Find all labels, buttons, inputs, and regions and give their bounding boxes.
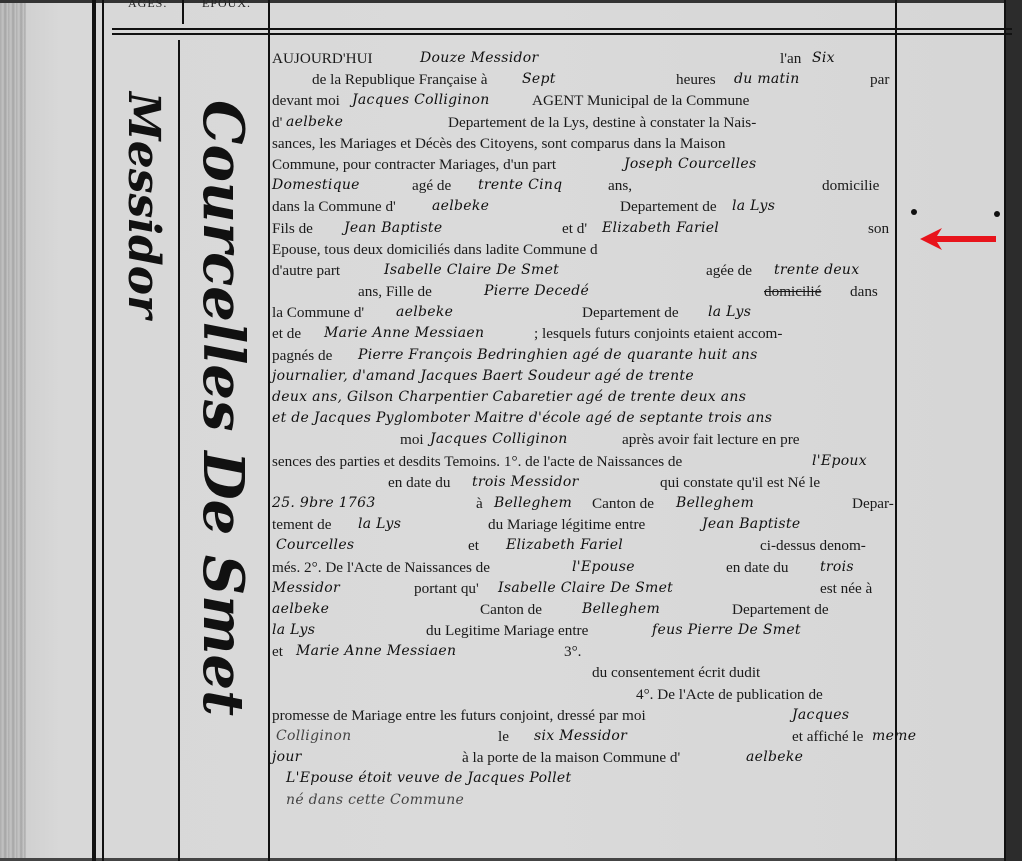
handwritten-entry: Isabelle Claire De Smet bbox=[384, 260, 559, 281]
printed-text: est née à bbox=[820, 578, 872, 599]
printed-text: en date du bbox=[726, 557, 788, 578]
printed-text: més. 2°. De l'Acte de Naissances de bbox=[272, 557, 490, 578]
text-line: la Commune d'aelbekeDepartement dela Lys bbox=[272, 302, 896, 323]
printed-text: Canton de bbox=[592, 493, 654, 514]
printed-text: dans bbox=[850, 281, 878, 302]
text-line: Messidorportant qu'Isabelle Claire De Sm… bbox=[272, 578, 896, 599]
handwritten-entry: aelbeke bbox=[396, 302, 453, 323]
margin-rule-outer bbox=[92, 0, 96, 861]
handwritten-entry: Jean Baptiste bbox=[702, 514, 800, 535]
printed-text: ans, bbox=[608, 175, 632, 196]
text-line: més. 2°. De l'Acte de Naissances del'Epo… bbox=[272, 557, 896, 578]
printed-text: Departement de bbox=[620, 196, 717, 217]
handwritten-entry: aelbeke bbox=[286, 112, 343, 133]
text-line: CourcellesetElizabeth Farielci-dessus de… bbox=[272, 535, 896, 556]
text-line: AUJOURD'HUIDouze Messidorl'anSix bbox=[272, 48, 896, 69]
scan-edge-right bbox=[1006, 0, 1022, 861]
handwritten-entry: Sept bbox=[522, 69, 556, 90]
printed-text: Fils de bbox=[272, 218, 313, 239]
handwritten-entry: Marie Anne Messiaen bbox=[296, 641, 456, 662]
handwritten-entry: du matin bbox=[734, 69, 800, 90]
printed-text: et bbox=[272, 641, 283, 662]
text-line: Fils deJean Baptisteet d'Elizabeth Farie… bbox=[272, 218, 896, 239]
handwritten-entry: trois bbox=[820, 557, 854, 578]
text-line: deux ans, Gilson Charpentier Cabaretier … bbox=[272, 387, 896, 408]
printed-text: après avoir fait lecture en pre bbox=[622, 429, 800, 450]
text-line: né dans cette Commune bbox=[272, 790, 896, 811]
printed-text: 4°. De l'Acte de publication de bbox=[636, 684, 823, 705]
text-line: d'aelbekeDepartement de la Lys, destine … bbox=[272, 112, 896, 133]
text-line: tement dela Lysdu Mariage légitime entre… bbox=[272, 514, 896, 535]
printed-text: le bbox=[498, 726, 509, 747]
handwritten-entry: Courcelles bbox=[276, 535, 354, 556]
header-rule-top bbox=[112, 28, 1012, 30]
text-line: dans la Commune d'aelbekeDepartement del… bbox=[272, 196, 896, 217]
handwritten-entry: Marie Anne Messiaen bbox=[324, 323, 484, 344]
printed-text: 3°. bbox=[564, 641, 581, 662]
text-line: promesse de Mariage entre les futurs con… bbox=[272, 705, 896, 726]
handwritten-entry: la Lys bbox=[708, 302, 751, 323]
handwritten-entry: feus Pierre De Smet bbox=[652, 620, 801, 641]
handwritten-entry: Joseph Courcelles bbox=[624, 154, 756, 175]
handwritten-entry: la Lys bbox=[732, 196, 775, 217]
handwritten-entry: deux ans, Gilson Charpentier Cabaretier … bbox=[272, 387, 746, 408]
printed-text: domicilié bbox=[764, 281, 821, 302]
text-line: 4°. De l'Acte de publication de bbox=[272, 684, 896, 705]
handwritten-entry: Jacques Colliginon bbox=[352, 90, 490, 111]
text-line: en date dutrois Messidorqui constate qu'… bbox=[272, 472, 896, 493]
text-line: du consentement écrit dudit bbox=[272, 662, 896, 683]
text-line: la Lysdu Legitime Mariage entrefeus Pier… bbox=[272, 620, 896, 641]
printed-text: en date du bbox=[388, 472, 450, 493]
printed-text: Epouse, tous deux domiciliés dans ladite… bbox=[272, 239, 598, 260]
handwritten-entry: Douze Messidor bbox=[420, 48, 539, 69]
printed-text: du consentement écrit dudit bbox=[592, 662, 760, 683]
text-line: etMarie Anne Messiaen3°. bbox=[272, 641, 896, 662]
text-line: ans, Fille dePierre Decedédomiciliédans bbox=[272, 281, 896, 302]
printed-text: pagnés de bbox=[272, 345, 332, 366]
printed-text: Depar- bbox=[852, 493, 894, 514]
printed-text: heures bbox=[676, 69, 716, 90]
handwritten-entry: Jacques bbox=[792, 705, 849, 726]
printed-text: Departement de la Lys, destine à constat… bbox=[448, 112, 756, 133]
red-arrow-icon bbox=[920, 228, 996, 250]
marriage-act-text: AUJOURD'HUIDouze Messidorl'anSixde la Re… bbox=[272, 48, 896, 811]
handwritten-entry: Messidor bbox=[272, 578, 340, 599]
printed-text: d' bbox=[272, 112, 282, 133]
text-line: Colliginonlesix Messidoret affiché lemem… bbox=[272, 726, 896, 747]
printed-text: à la porte de la maison Commune d' bbox=[462, 747, 680, 768]
printed-text: qui constate qu'il est Né le bbox=[660, 472, 820, 493]
margin-rule-inner bbox=[102, 0, 104, 861]
handwritten-entry: né dans cette Commune bbox=[286, 790, 464, 811]
handwritten-entry: Elizabeth Fariel bbox=[602, 218, 719, 239]
printed-text: tement de bbox=[272, 514, 331, 535]
printed-text: par bbox=[870, 69, 889, 90]
handwritten-entry: et de Jacques Pyglomboter Maitre d'école… bbox=[272, 408, 772, 429]
page-edge-rule bbox=[1004, 0, 1006, 861]
text-line: de la Republique Française àSeptheuresdu… bbox=[272, 69, 896, 90]
printed-text: moi bbox=[400, 429, 424, 450]
text-line: 25. 9bre 1763àBelleghemCanton deBelleghe… bbox=[272, 493, 896, 514]
handwritten-entry: journalier, d'amand Jacques Baert Soudeu… bbox=[272, 366, 694, 387]
margin-spouse-names: Courcelles De Smet bbox=[190, 100, 256, 716]
printed-text: son bbox=[868, 218, 889, 239]
text-line: pagnés dePierre François Bedringhien agé… bbox=[272, 345, 896, 366]
handwritten-entry: Pierre Decedé bbox=[484, 281, 589, 302]
printed-text: agé de bbox=[412, 175, 451, 196]
handwritten-entry: aelbeke bbox=[746, 747, 803, 768]
binder-hole bbox=[911, 209, 917, 215]
header-epoux: EPOUX. bbox=[202, 0, 251, 11]
header-rule-bottom bbox=[112, 33, 1012, 35]
handwritten-entry: aelbeke bbox=[272, 599, 329, 620]
printed-text: ci-dessus denom- bbox=[760, 535, 866, 556]
printed-text: Commune, pour contracter Mariages, d'un … bbox=[272, 154, 556, 175]
text-line: Commune, pour contracter Mariages, d'un … bbox=[272, 154, 896, 175]
epoux-column-rule bbox=[268, 0, 270, 861]
text-line: sances, les Mariages et Décès des Citoye… bbox=[272, 133, 896, 154]
printed-text: agée de bbox=[706, 260, 752, 281]
printed-text: Departement de bbox=[732, 599, 829, 620]
printed-text: et d' bbox=[562, 218, 587, 239]
text-line: devant moiJacques ColliginonAGENT Munici… bbox=[272, 90, 896, 111]
handwritten-entry: meme bbox=[872, 726, 916, 747]
handwritten-entry: l'Epoux bbox=[812, 451, 867, 472]
printed-text: Canton de bbox=[480, 599, 542, 620]
printed-text: promesse de Mariage entre les futurs con… bbox=[272, 705, 646, 726]
printed-text: AUJOURD'HUI bbox=[272, 48, 373, 69]
handwritten-entry: Elizabeth Fariel bbox=[506, 535, 623, 556]
text-line: Epouse, tous deux domiciliés dans ladite… bbox=[272, 239, 896, 260]
handwritten-entry: aelbeke bbox=[432, 196, 489, 217]
text-line: jourà la porte de la maison Commune d'ae… bbox=[272, 747, 896, 768]
printed-text: du Mariage légitime entre bbox=[488, 514, 645, 535]
printed-text: de la Republique Française à bbox=[312, 69, 487, 90]
text-line: et deMarie Anne Messiaen; lesquels futur… bbox=[272, 323, 896, 344]
printed-text: et bbox=[468, 535, 479, 556]
book-binding bbox=[0, 0, 26, 861]
text-line: journalier, d'amand Jacques Baert Soudeu… bbox=[272, 366, 896, 387]
ages-column-rule bbox=[178, 40, 180, 861]
printed-text: ; lesquels futurs conjoints etaient acco… bbox=[534, 323, 782, 344]
text-line: moiJacques Colliginonaprès avoir fait le… bbox=[272, 429, 896, 450]
text-line: L'Epouse étoit veuve de Jacques Pollet bbox=[272, 768, 896, 789]
printed-text: sances, les Mariages et Décès des Citoye… bbox=[272, 133, 725, 154]
printed-text: et de bbox=[272, 323, 301, 344]
printed-text: domicilie bbox=[822, 175, 879, 196]
text-line: Domestiqueagé detrente Cinqans,domicilie bbox=[272, 175, 896, 196]
handwritten-entry: L'Epouse étoit veuve de Jacques Pollet bbox=[286, 768, 571, 789]
handwritten-entry: trois Messidor bbox=[472, 472, 579, 493]
printed-text: l'an bbox=[780, 48, 801, 69]
printed-text: d'autre part bbox=[272, 260, 340, 281]
handwritten-entry: l'Epouse bbox=[572, 557, 635, 578]
text-line: aelbekeCanton deBelleghemDepartement de bbox=[272, 599, 896, 620]
header-divider bbox=[182, 0, 184, 24]
handwritten-entry: Domestique bbox=[272, 175, 360, 196]
binder-hole bbox=[994, 211, 1000, 217]
printed-text: portant qu' bbox=[414, 578, 479, 599]
printed-text: Departement de bbox=[582, 302, 679, 323]
handwritten-entry: Isabelle Claire De Smet bbox=[498, 578, 673, 599]
text-line: d'autre partIsabelle Claire De Smetagée … bbox=[272, 260, 896, 281]
register-page: AGES. EPOUX. Messidor Courcelles De Smet… bbox=[0, 0, 1022, 861]
handwritten-entry: Belleghem bbox=[582, 599, 660, 620]
handwritten-entry: la Lys bbox=[272, 620, 315, 641]
handwritten-entry: trente deux bbox=[774, 260, 859, 281]
text-line: sences des parties et desdits Temoins. 1… bbox=[272, 451, 896, 472]
printed-text: devant moi bbox=[272, 90, 340, 111]
margin-month: Messidor bbox=[118, 92, 169, 318]
handwritten-entry: Belleghem bbox=[676, 493, 754, 514]
printed-text: sences des parties et desdits Temoins. 1… bbox=[272, 451, 682, 472]
printed-text: à bbox=[476, 493, 483, 514]
handwritten-entry: Pierre François Bedringhien agé de quara… bbox=[358, 345, 758, 366]
header-ages: AGES. bbox=[128, 0, 167, 11]
printed-text: la Commune d' bbox=[272, 302, 364, 323]
printed-text: dans la Commune d' bbox=[272, 196, 396, 217]
handwritten-entry: 25. 9bre 1763 bbox=[272, 493, 376, 514]
text-line: et de Jacques Pyglomboter Maitre d'école… bbox=[272, 408, 896, 429]
handwritten-entry: Colliginon bbox=[276, 726, 351, 747]
handwritten-entry: la Lys bbox=[358, 514, 401, 535]
handwritten-entry: Belleghem bbox=[494, 493, 572, 514]
handwritten-entry: Jean Baptiste bbox=[344, 218, 442, 239]
handwritten-entry: six Messidor bbox=[534, 726, 627, 747]
handwritten-entry: jour bbox=[272, 747, 302, 768]
handwritten-entry: trente Cinq bbox=[478, 175, 562, 196]
printed-text: du Legitime Mariage entre bbox=[426, 620, 588, 641]
printed-text: AGENT Municipal de la Commune bbox=[532, 90, 749, 111]
handwritten-entry: Jacques Colliginon bbox=[430, 429, 568, 450]
handwritten-entry: Six bbox=[812, 48, 835, 69]
printed-text: ans, Fille de bbox=[358, 281, 432, 302]
printed-text: et affiché le bbox=[792, 726, 863, 747]
